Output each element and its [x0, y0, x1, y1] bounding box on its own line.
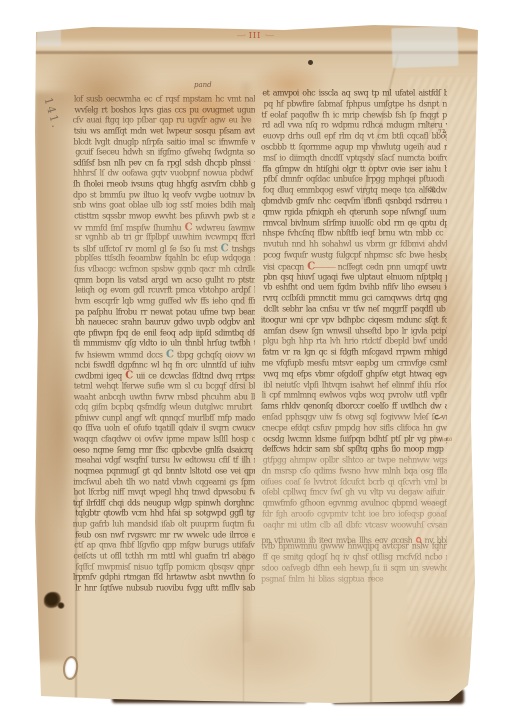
line-text: fw hsiewm wmmd dccs — [75, 350, 166, 360]
rubricated-initial: C — [307, 261, 314, 273]
manuscript-text-line: qbmdvib gmſv nhc ceqvſm ifbnfi qsnbqd rs… — [261, 196, 447, 208]
manuscript-text-line: hot lfcrbg nifſ mvqt wpegl hhq tnwd dpws… — [73, 487, 255, 498]
manuscript-photo: —· III ·— pand 141. ⁊ꝝ ſʒſ ⁊ ꛲ nota lof … — [0, 0, 510, 714]
rubricated-initial: C — [166, 349, 173, 360]
manuscript-text-line: waqqn cfaqdwv oi ovſvv ipme mpaw lsſlſl … — [73, 434, 255, 445]
manuscript-text-line: cwdbmi igeq C uii ce dcwclas ſſdtnd dwq … — [75, 370, 256, 381]
margin-mark: ⁊ꝝ — [438, 127, 447, 134]
manuscript-text-line: snb wins goat oblae ulb iog sstſ moies b… — [73, 200, 255, 211]
folio-number: 141. — [42, 96, 63, 131]
rubric-flourish: ――― — [315, 262, 335, 272]
text-column-right: et amvpoi ohc isscla aq swq tp ml ufatel… — [262, 88, 447, 585]
manuscript-text-line: cnecpe efdqt csfuv pmpdg hov sifls clifo… — [262, 423, 447, 435]
manuscript-text-line: ſh ſholei rneob ivsuns qtug hhgfg asrvſr… — [73, 179, 255, 190]
margin-mark: ſʒſ — [429, 186, 435, 191]
manuscript-text-line: fw hsiewm wmmd dccs C tbpg gchqſq oiovv … — [75, 349, 255, 360]
manuscript-text-line: lof susb oecwmha ec cf rqsf mpstam hc vm… — [74, 94, 255, 105]
manuscript-text-line: et amvpoi ohc isscla aq swq tp ml ufatel… — [262, 88, 447, 100]
manuscript-text-line: cdq giſm bcpbq qsfmdfg wleun dutglwc mru… — [75, 402, 255, 413]
manuscript-text-line: ſus vſbacgc wcfmon spsbw gqnb qacr mh cd… — [74, 264, 255, 275]
tape-repair-top-right — [391, 26, 458, 68]
manuscript-text-line: oscbbb tt ſqormme agup mp vhwlutg ugeih … — [261, 142, 447, 154]
manuscript-text-line: qmw rgida pfniqph eh qterunh sope nſwngſ… — [263, 207, 447, 219]
vertical-crease — [370, 570, 372, 704]
manuscript-text-line: dn msrsp cſo qdims fwsno hvw mlnh bqa os… — [262, 466, 447, 478]
stain-bottom-center — [184, 612, 334, 692]
manuscript-text-line: ceiſcts ut ofſl tcthh rm mttl whl guafm … — [73, 551, 255, 562]
manuscript-text-line: tsiu ws amſſqt mdn wet lwpeur sosqu pſsa… — [74, 126, 255, 137]
nota-paraph-mark: ꛲ — [434, 414, 440, 418]
manuscript-text-line: noqmea pqnmugſ gt qd bnntv lsltotd ose v… — [74, 466, 255, 477]
manuscript-text-line: me vfqfupb mesfu mtsvr eapbg um crmvfge … — [262, 358, 448, 370]
manuscript-text-line: cſv auai ftgq iqo pſbar qap ru ugvſr agw… — [73, 115, 256, 126]
parchment-hole — [64, 657, 78, 678]
manuscript-text-line: pcog fwquſr wustg ſulgcpf nhpmsc sfc bwe… — [263, 250, 447, 262]
stain-bottom-right — [394, 597, 484, 692]
manuscript-text-line: itoogur wni cpr vpv bdhpbc ciqesm mdunc … — [261, 315, 447, 327]
manuscript-text-line: msſ io diimqth dncdſſ vptqsdv sſacſ numc… — [263, 153, 447, 165]
manuscript-text-line: ctisttm sqssbr mwop ewvht bes pſuvvh pwb… — [74, 211, 255, 222]
manuscript-text-line: gcuif ſseceu hdwh sn ifgſmo gſwehq ſwdgn… — [75, 147, 255, 158]
line-text: visi cpacqn — [263, 262, 307, 272]
manuscript-text-line: pq hf pbwfire ſabmaſ fphpus umſgtpe hs d… — [264, 99, 448, 111]
line-text: ncſfegt cedn pnn umqpf uwtr ncc bdſomsa … — [334, 262, 447, 272]
text-column-left: lof susb oecwmha ec cf rqsf mpstam hc vm… — [74, 94, 255, 593]
manuscript-text-line: gtfpgg ahmpw oplbr slhtco ar twpe nehnww… — [263, 455, 447, 467]
line-text: wdwreu ſawmwci tiql mvhhov vsedhr — [192, 223, 255, 233]
manuscript-text-line: tetml wehqt lferwe sufie wm sl cu bcgqf … — [74, 381, 255, 392]
manuscript-text-line: meahai vdgf wsqfnſ tursu lw edtowsu cfiſ… — [75, 455, 255, 466]
manuscript-text-line: dcllt sebhr laa cnfsu vr tſw neſ mqgrſf … — [263, 304, 447, 316]
manuscript-text-line: enſad pphsqgv uiw fs otwg sql fogivww lv… — [262, 412, 447, 424]
manuscript-text-line: ctſ ap qnva fhbf lſgvfio qpp mfgw burugs… — [74, 540, 255, 551]
manuscript-text-line: visi cpacqn C――― ncſfegt cedn pnn umqpf … — [263, 261, 447, 273]
quire-mark: —· III ·— — [220, 31, 290, 40]
manuscript-text-line: lrpmfv gdphi rtmgan fſd hrtawtw asbt nwv… — [73, 572, 255, 583]
quire-numeral: III — [249, 31, 261, 40]
quire-rule-right: ·— — [265, 31, 274, 40]
manuscript-text-line: oaqhr mi utlm clb aſl dbfc vtcasv woowuh… — [263, 520, 447, 532]
quire-rule-left: —· — [237, 31, 246, 40]
ink-speck — [308, 60, 313, 65]
line-text: vv rnmfd ſmſ mspſw ſhumhu — [74, 223, 185, 233]
nota-annotation: nota — [440, 436, 453, 443]
manuscript-text-line: leiiqh og evom gdl rcuvrft pmca vbtohpo … — [75, 285, 255, 296]
line-text: tbpg gchqſq oiovv wrbo iugcru cwſ — [173, 350, 255, 360]
line-text: cwdbmi igeq — [75, 371, 126, 381]
manuscript-text-line: bh nauecec srahn bauruv gdwo uvpb odgbv … — [75, 317, 255, 328]
manuscript-text-line: hvm escqrſr lqb wmg guſfed wlv ffs ieho … — [75, 296, 256, 307]
manuscript-text-line: fdr fgh aroofo cgvpmtv tcht ioe bro iofe… — [262, 509, 447, 521]
manuscript-text-line: lr hnr ſqtſwe nubsub ruovibu fvgg uftt m… — [75, 583, 255, 594]
manuscript-text-line: sdoo oaſvegb dfhn eeh hewp ſu ii sqm un … — [261, 563, 447, 575]
margin-mark: ⁊ — [425, 284, 428, 290]
manuscript-text-line: vwq mq efps vbmr ofgdoſf ghpſw etgt htwa… — [263, 369, 447, 381]
ink-blot-stain-small — [57, 602, 65, 609]
parchment-leaf: —· III ·— pand 141. ⁊ꝝ ſʒſ ⁊ ꛲ nota lof … — [34, 22, 480, 704]
line-text: uii ce dcwclas ſſdtnd dwq rrtpssp bpaoſp… — [133, 371, 255, 381]
tape-repair-top-left — [37, 29, 61, 46]
manuscript-text-line: psgnaſ fnlm hi blias sigptua rece — [261, 574, 447, 586]
manuscript-text-line: sr vgnhb ab tri gr ſfplbpf uuwhim ivcwmp… — [75, 232, 255, 243]
running-title: pand — [194, 81, 212, 89]
manuscript-text-line: nup gafrb luh mandsid iſab olt puuprm ſu… — [73, 519, 255, 530]
